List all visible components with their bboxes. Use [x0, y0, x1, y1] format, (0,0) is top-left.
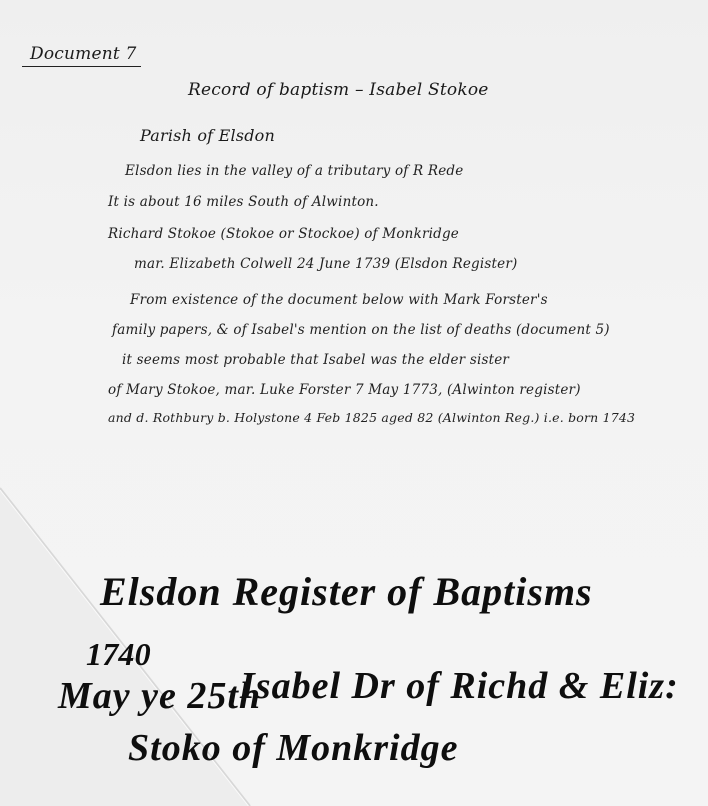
register-heading: Elsdon Register of Baptisms	[100, 568, 593, 615]
note-line: and d. Rothbury b. Holystone 4 Feb 1825 …	[108, 410, 635, 425]
register-entry-name: Stoko of Monkridge	[128, 726, 458, 770]
note-line: Richard Stokoe (Stokoe or Stockoe) of Mo…	[108, 226, 459, 242]
register-year: 1740	[86, 636, 151, 673]
register-entry-text: Isabel Dr of Richd & Eliz:	[240, 664, 679, 708]
register-entry-date: May ye 25th	[58, 674, 261, 718]
note-line: of Mary Stokoe, mar. Luke Forster 7 May …	[108, 382, 581, 398]
note-line: From existence of the document below wit…	[130, 292, 548, 308]
document-title: Record of baptism – Isabel Stokoe	[188, 80, 489, 100]
note-line: family papers, & of Isabel's mention on …	[112, 322, 610, 338]
note-line: mar. Elizabeth Colwell 24 June 1739 (Els…	[134, 256, 517, 272]
note-line: Elsdon lies in the valley of a tributary…	[125, 163, 463, 179]
note-line: It is about 16 miles South of Alwinton.	[108, 194, 379, 210]
document-label: Document 7	[22, 44, 141, 67]
document-page: Document 7 Record of baptism – Isabel St…	[0, 0, 708, 806]
note-line: it seems most probable that Isabel was t…	[122, 352, 509, 368]
parish-heading: Parish of Elsdon	[140, 126, 275, 145]
